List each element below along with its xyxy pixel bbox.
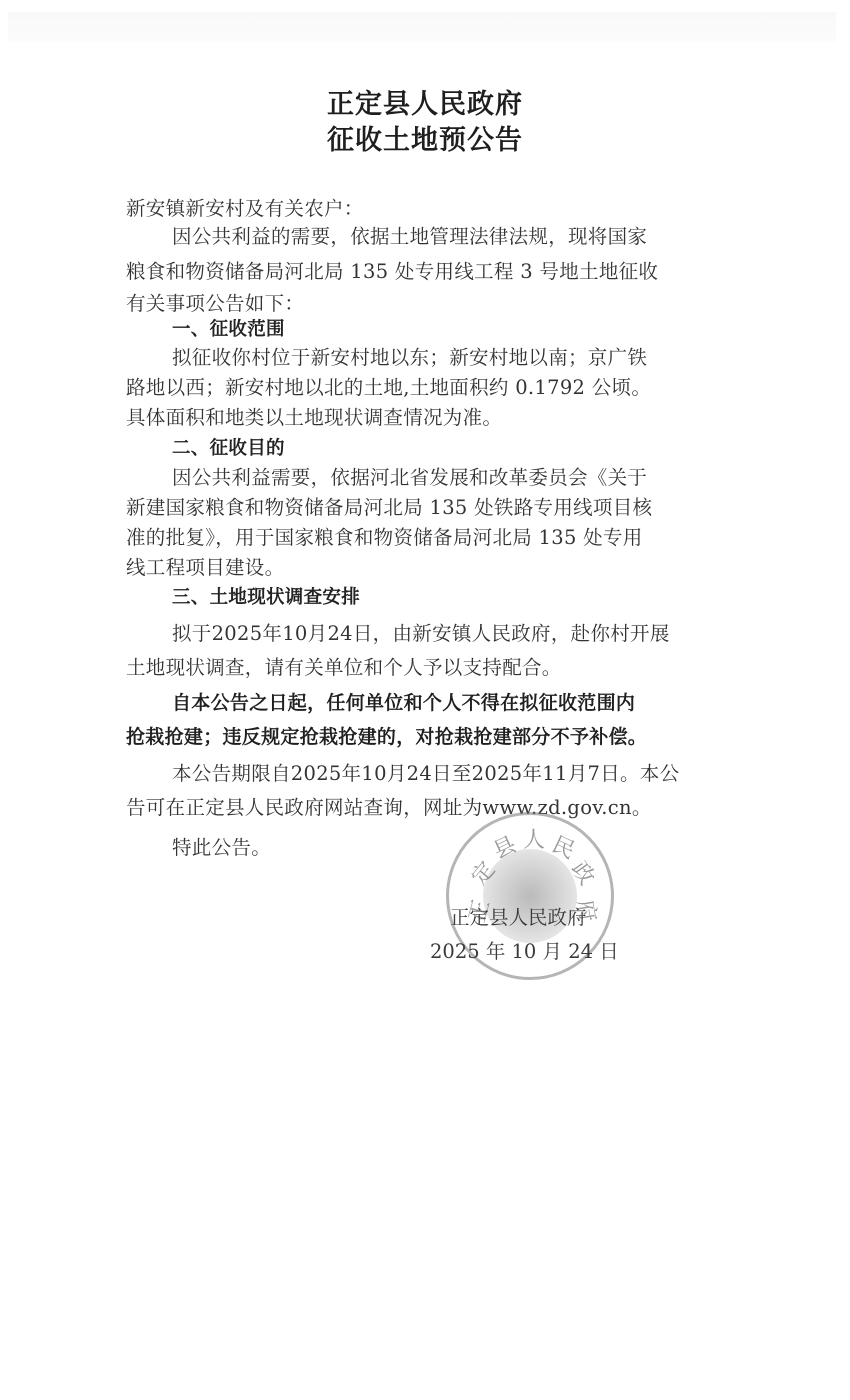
section-line: 准的批复》，用于国家粮食和物资储备局河北局 135 处专用 (126, 522, 643, 550)
closing-text: 特此公告。 (172, 832, 271, 860)
section-heading-survey: 三、土地现状调查安排 (172, 583, 360, 609)
section-line: 具体面积和地类以土地现状调查情况为准。 (126, 402, 502, 430)
signature-issuer: 正定县人民政府 (450, 902, 587, 930)
section-line: 因公共利益需要，依据河北省发展和改革委员会《关于 (172, 462, 647, 490)
intro-line: 粮食和物资储备局河北局 135 处专用线工程 3 号地土地征收 (126, 256, 658, 284)
section-heading-scope: 一、征收范围 (172, 315, 285, 341)
section-line: 拟于2025年10月24日，由新安镇人民政府，赴你村开展 (172, 618, 670, 646)
salutation: 新安镇新安村及有关农户： (126, 193, 364, 221)
section-line: 路地以西；新安村地以北的土地,土地面积约 0.1792 公顷。 (126, 372, 651, 400)
intro-line: 因公共利益的需要，依据土地管理法律法规，现将国家 (172, 221, 647, 249)
scan-edge-shadow (8, 12, 836, 42)
section-line: 新建国家粮食和物资储备局河北局 135 处铁路专用线项目核 (126, 492, 652, 520)
signature-date: 2025 年 10 月 24 日 (430, 936, 619, 964)
warning-line: 自本公告之日起，任何单位和个人不得在拟征收范围内 (172, 688, 635, 715)
period-line: 告可在正定县人民政府网站查询，网址为www.zd.gov.cn。 (126, 792, 652, 820)
period-line: 本公告期限自2025年10月24日至2025年11月7日。本公 (172, 758, 679, 786)
title-notice: 征收土地预公告 (0, 118, 850, 157)
warning-line: 抢栽抢建；违反规定抢栽抢建的，对抢栽抢建部分不予补偿。 (126, 722, 647, 749)
section-heading-purpose: 二、征收目的 (172, 434, 285, 460)
intro-line: 有关事项公告如下： (126, 288, 304, 316)
title-issuer: 正定县人民政府 (0, 82, 850, 121)
section-line: 拟征收你村位于新安村地以东；新安村地以南；京广铁 (172, 342, 647, 370)
section-line: 土地现状调查，请有关单位和个人予以支持配合。 (126, 652, 562, 680)
section-line: 线工程项目建设。 (126, 552, 284, 580)
seal-char: 人 (523, 823, 545, 854)
